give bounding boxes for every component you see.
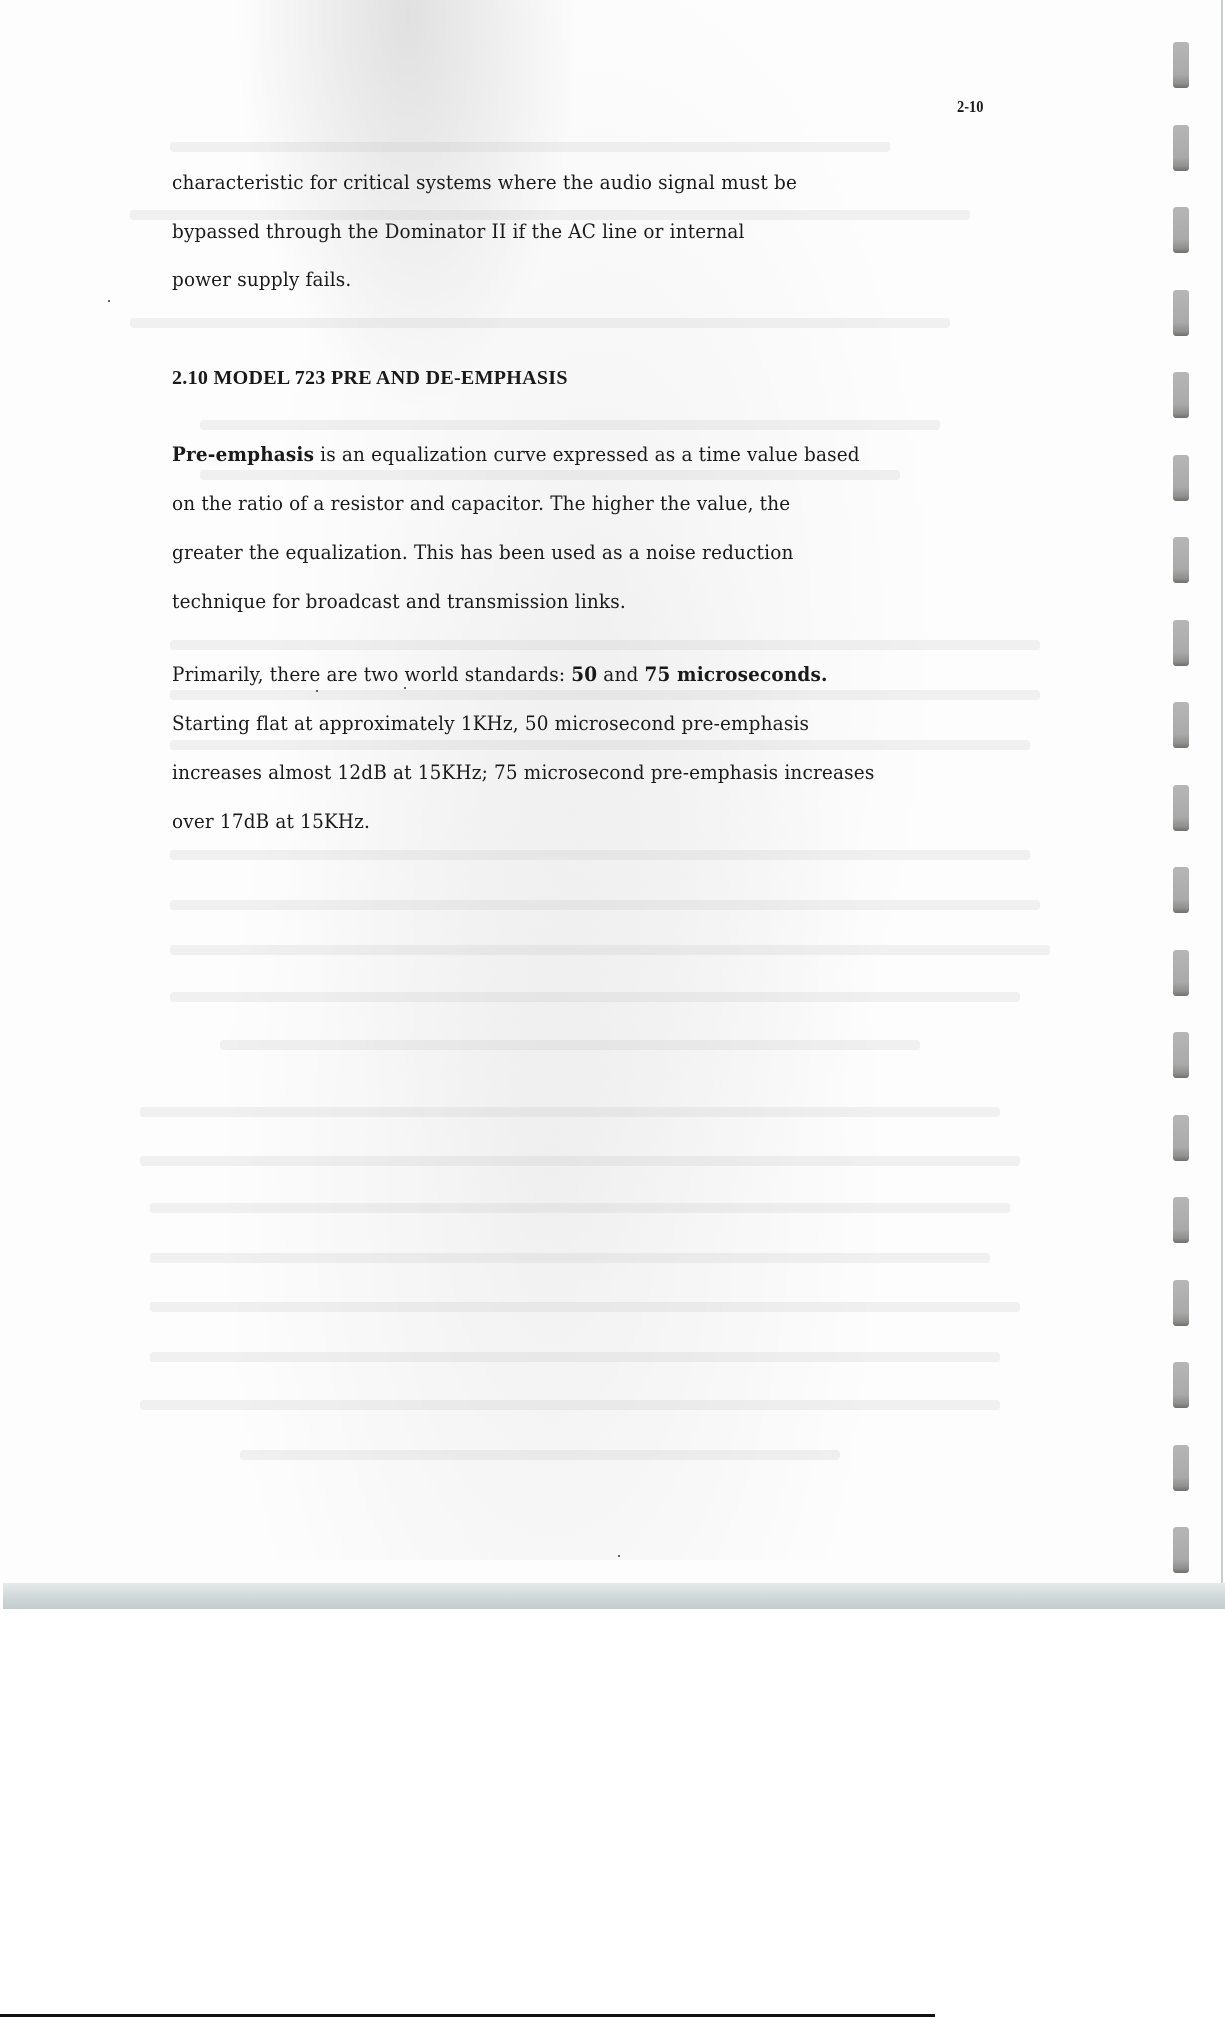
paragraph-1-line: bypassed through the Dominator II if the… bbox=[172, 219, 745, 243]
binder-tab-icon bbox=[1173, 1197, 1189, 1243]
binder-tab-icon bbox=[1173, 950, 1189, 996]
paragraph-3-line: Starting flat at approximately 1KHz, 50 … bbox=[172, 711, 809, 735]
paragraph-2-line: technique for broadcast and transmission… bbox=[172, 589, 626, 613]
binder-tab-icon bbox=[1173, 867, 1189, 913]
bleed-through-line bbox=[240, 1450, 840, 1460]
paragraph-3-line-1-prefix: Primarily, there are two world standards… bbox=[172, 662, 571, 686]
bleed-through-line bbox=[150, 1253, 990, 1263]
binder-tab-icon bbox=[1173, 1362, 1189, 1408]
paragraph-2-line: greater the equalization. This has been … bbox=[172, 540, 794, 564]
paragraph-1-line: power supply fails. bbox=[172, 267, 351, 291]
speck bbox=[404, 687, 406, 689]
bleed-through-line bbox=[150, 1352, 1000, 1362]
binder-tab-icon bbox=[1173, 1527, 1189, 1573]
speck bbox=[618, 1555, 620, 1557]
bleed-through-line bbox=[170, 992, 1020, 1002]
standard-50: 50 bbox=[571, 662, 597, 686]
binder-tab-icon bbox=[1173, 1115, 1189, 1161]
document-page: 2-10 characteristic for critical systems… bbox=[0, 0, 1222, 1583]
bleed-through-line bbox=[170, 900, 1040, 910]
binder-tab-icon bbox=[1173, 290, 1189, 336]
speck bbox=[316, 690, 318, 692]
binder-tab-icon bbox=[1173, 455, 1189, 501]
paragraph-2-line: Pre-emphasis is an equalization curve ex… bbox=[172, 442, 860, 466]
bleed-through-line bbox=[140, 1107, 1000, 1117]
bleed-through-line bbox=[200, 470, 900, 480]
standard-75: 75 microseconds. bbox=[644, 662, 827, 686]
binder-tab-icon bbox=[1173, 207, 1189, 253]
paragraph-3-line: increases almost 12dB at 15KHz; 75 micro… bbox=[172, 760, 874, 784]
bleed-through-line bbox=[170, 690, 1040, 700]
section-heading: 2.10 MODEL 723 PRE AND DE-EMPHASIS bbox=[172, 367, 568, 390]
binder-tab-icon bbox=[1173, 42, 1189, 88]
binder-tab-icon bbox=[1173, 785, 1189, 831]
bleed-through-line bbox=[140, 1400, 1000, 1410]
bleed-through-line bbox=[170, 640, 1040, 650]
binder-tab-icon bbox=[1173, 537, 1189, 583]
bleed-through-line bbox=[170, 945, 1050, 955]
speck bbox=[108, 300, 110, 302]
bleed-through-line bbox=[150, 1203, 1010, 1213]
pre-emphasis-term: Pre-emphasis bbox=[172, 442, 314, 466]
page-bottom-edge bbox=[3, 1583, 1225, 1609]
binder-tab-icon bbox=[1173, 702, 1189, 748]
bleed-through-line bbox=[200, 420, 940, 430]
bleed-through-line bbox=[220, 1040, 920, 1050]
paragraph-1-line: characteristic for critical systems wher… bbox=[172, 170, 797, 194]
binder-tab-icon bbox=[1173, 1280, 1189, 1326]
page-number: 2-10 bbox=[957, 97, 983, 117]
paragraph-3-line-1-mid: and bbox=[597, 662, 644, 686]
binder-tab-icon bbox=[1173, 372, 1189, 418]
binder-tab-icon bbox=[1173, 620, 1189, 666]
paragraph-2-line: on the ratio of a resistor and capacitor… bbox=[172, 491, 790, 515]
paragraph-3-line: over 17dB at 15KHz. bbox=[172, 809, 370, 833]
paragraph-2-line-1-text: is an equalization curve expressed as a … bbox=[314, 442, 860, 466]
bleed-through-line bbox=[170, 850, 1030, 860]
bleed-through-line bbox=[170, 740, 1030, 750]
binder-tab-icon bbox=[1173, 1445, 1189, 1491]
bleed-through-line bbox=[130, 318, 950, 328]
bleed-through-line bbox=[150, 1302, 1020, 1312]
paragraph-3-line: Primarily, there are two world standards… bbox=[172, 662, 828, 686]
bleed-through-line bbox=[170, 142, 890, 152]
binder-tab-icon bbox=[1173, 1032, 1189, 1078]
page-edge bbox=[1221, 0, 1223, 1583]
binder-tab-icon bbox=[1173, 125, 1189, 171]
bleed-through-line bbox=[140, 1156, 1020, 1166]
